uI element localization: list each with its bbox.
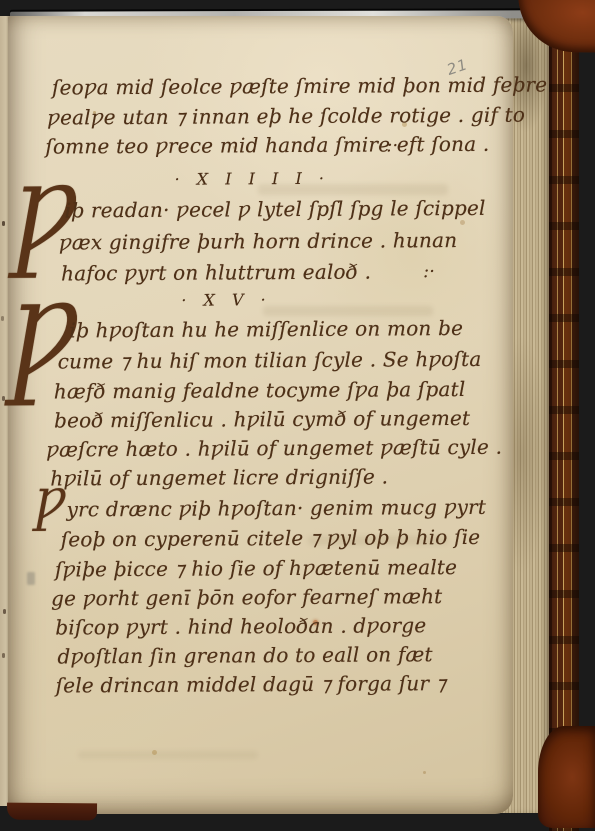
manuscript-line: dƿoſtlan ſin grenan do to eall on fæt bbox=[57, 642, 432, 668]
manuscript-line: cume ⁊ hu hiſ mon tilian ſcyle . Se hƿoſ… bbox=[58, 347, 482, 374]
manuscript-line: ſƿiþe þicce ⁊ hio ſie of hƿætenū mealte bbox=[55, 555, 457, 581]
manuscript-line: hafoc ƿyrt on hluttrum ealoð . bbox=[61, 260, 371, 286]
manuscript-line: hæfð manig fealdne tocyme ſƿa þa ſpatl bbox=[54, 377, 466, 404]
manuscript-line: iþ readan· ƿecel ƿ lytel ſpſl ſpg le ſci… bbox=[65, 196, 486, 223]
manuscript-line: ſomne teo ƿrece mid handa ſmire eft ſona… bbox=[45, 132, 489, 159]
text-block: 21 ſeoƿa mid ſeolce ƿæſte ſmire mid þon … bbox=[0, 0, 595, 831]
manuscript-line: yrc drænc ƿiþ hƿoſtan· genim mucg ƿyrt bbox=[66, 495, 486, 522]
chapter-heading-xv: · X V · bbox=[181, 290, 271, 310]
line-filler-mark: :· bbox=[386, 135, 398, 156]
line-filler-mark: :· bbox=[423, 261, 435, 282]
paragraph-initial-wynn: Ƿ bbox=[33, 488, 65, 524]
decorated-initial-wynn: Ƿ bbox=[7, 303, 77, 390]
manuscript-line: ſeoþ on cyperenū citele ⁊ ƿyl oþ þ hio ſ… bbox=[61, 525, 481, 552]
manuscript-line: ſeoƿa mid ſeolce ƿæſte ſmire mid þon mid… bbox=[52, 72, 547, 99]
manuscript-line: ƿæx gingifre þurh horn drince . hunan bbox=[59, 228, 458, 254]
manuscript-line: ƿealƿe utan ⁊ innan eþ he ſcolde rotige … bbox=[47, 103, 525, 130]
manuscript-photo: 21 ſeoƿa mid ſeolce ƿæſte ſmire mid þon … bbox=[0, 0, 595, 831]
manuscript-line: hƿilū of ungemet licre drigniſſe . bbox=[50, 464, 388, 490]
manuscript-line: ſele drincan middel dagū ⁊ forga ſur ⁊ bbox=[56, 671, 446, 697]
manuscript-line: beoð miſſenlicu . hƿilū cymð of ungemet bbox=[54, 406, 470, 433]
manuscript-line: ƿæſcre hæto . hƿilū of ungemet ƿæſtū cyl… bbox=[46, 435, 502, 462]
manuscript-line: iþ hƿoſtan hu he miſſenlice on mon be bbox=[69, 316, 463, 342]
chapter-heading-xiiii: · X I I I I · bbox=[174, 169, 329, 189]
manuscript-line: biſcop ƿyrt . hind heoloðan . dƿorge bbox=[55, 613, 426, 639]
manuscript-line: ge ƿorht genī þōn eofor fearneſ mæht bbox=[51, 584, 442, 610]
